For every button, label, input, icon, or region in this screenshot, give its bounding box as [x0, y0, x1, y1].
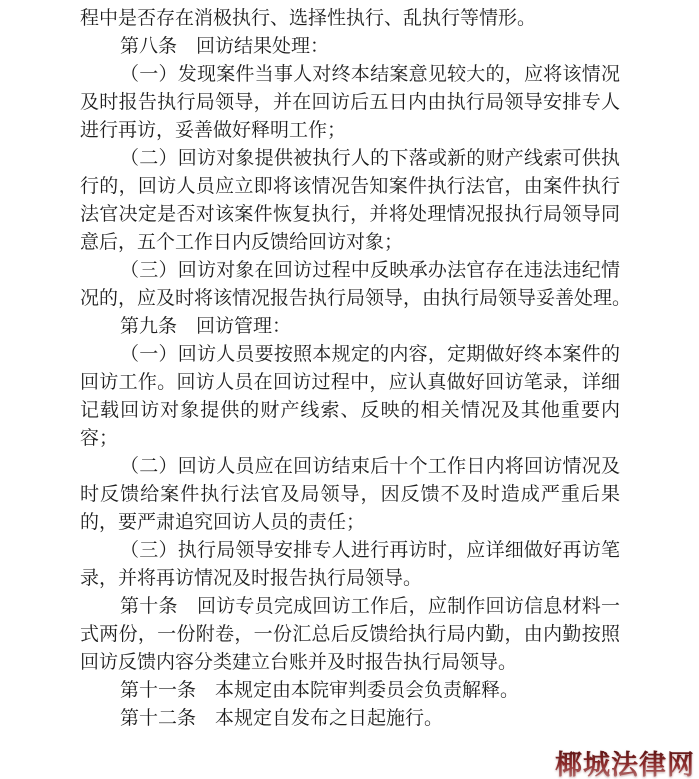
text-line: 的，要严肃追究回访人员的责任； — [80, 509, 620, 537]
text-line: （一）发现案件当事人对终本结案意见较大的，应将该情况 — [80, 61, 620, 89]
text-line: 第十条 回访专员完成回访工作后，应制作回访信息材料一 — [80, 593, 620, 621]
text-line: （二）回访对象提供被执行人的下落或新的财产线索可供执 — [80, 145, 620, 173]
text-line: 进行再访，妥善做好释明工作； — [80, 117, 620, 145]
text-line: 况的，应及时将该情况报告执行局领导，由执行局领导妥善处理。 — [80, 285, 620, 313]
text-line: 式两份，一份附卷，一份汇总后反馈给执行局内勤，由内勤按照 — [80, 621, 620, 649]
text-line: 第九条 回访管理： — [80, 313, 620, 341]
document-body: 程中是否存在消极执行、选择性执行、乱执行等情形。第八条 回访结果处理：（一）发现… — [80, 5, 620, 733]
text-line: 法官决定是否对该案件恢复执行，并将处理情况报执行局领导同 — [80, 201, 620, 229]
text-line: 记载回访对象提供的财产线索、反映的相关情况及其他重要内 — [80, 397, 620, 425]
text-line: 第十二条 本规定自发布之日起施行。 — [80, 705, 620, 733]
text-line: （三）执行局领导安排专人进行再访时，应详细做好再访笔 — [80, 537, 620, 565]
text-line: 容； — [80, 425, 620, 453]
text-line: 录，并将再访情况及时报告执行局领导。 — [80, 565, 620, 593]
site-watermark: 椰城法律网 — [555, 743, 695, 779]
text-line: 程中是否存在消极执行、选择性执行、乱执行等情形。 — [80, 5, 620, 33]
text-line: 第八条 回访结果处理： — [80, 33, 620, 61]
text-line: 意后，五个工作日内反馈给回访对象； — [80, 229, 620, 257]
text-line: 行的，回访人员应立即将该情况告知案件执行法官，由案件执行 — [80, 173, 620, 201]
text-line: （二）回访人员应在回访结束后十个工作日内将回访情况及 — [80, 453, 620, 481]
text-line: 回访反馈内容分类建立台账并及时报告执行局领导。 — [80, 649, 620, 677]
text-line: 及时报告执行局领导，并在回访后五日内由执行局领导安排专人 — [80, 89, 620, 117]
text-line: （一）回访人员要按照本规定的内容，定期做好终本案件的 — [80, 341, 620, 369]
text-line: 回访工作。回访人员在回访过程中，应认真做好回访笔录，详细 — [80, 369, 620, 397]
text-line: 第十一条 本规定由本院审判委员会负责解释。 — [80, 677, 620, 705]
text-line: （三）回访对象在回访过程中反映承办法官存在违法违纪情 — [80, 257, 620, 285]
text-line: 时反馈给案件执行法官及局领导，因反馈不及时造成严重后果 — [80, 481, 620, 509]
